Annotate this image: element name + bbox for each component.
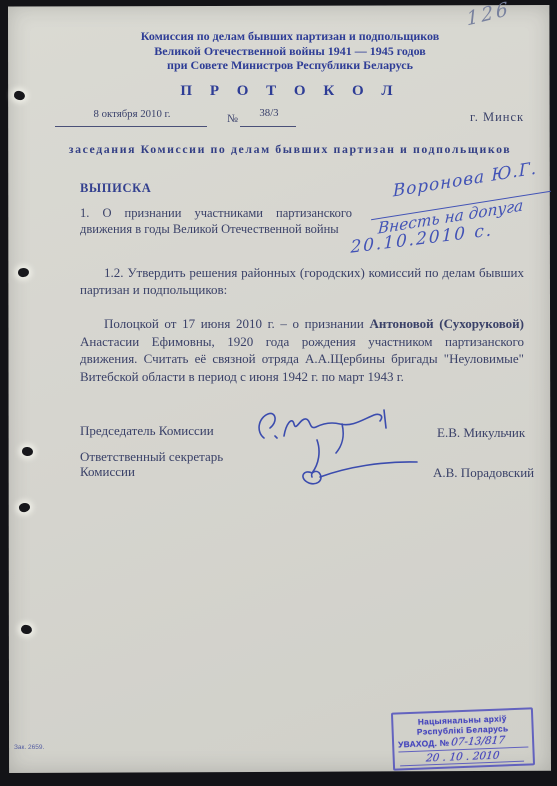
resolution-item-1-2: 1.2. Утвердить решения районных (городск…: [80, 264, 524, 298]
stamp-entry-label: УВАХОД. №: [398, 738, 450, 750]
chairman-title: Председатель Комиссии: [80, 423, 214, 439]
chairman-name: Е.В. Микульчик: [437, 425, 525, 441]
letterhead-line-1: Комиссия по делам бывших партизан и подп…: [60, 29, 520, 44]
date-underline: [55, 126, 207, 127]
extract-label: ВЫПИСКА: [80, 181, 151, 196]
document-type-title: П Р О Т О К О Л: [60, 83, 520, 100]
decision-person-name: Антоновой (Сухоруковой): [369, 316, 524, 331]
archive-stamp: Нацыянальны архіў Рэспублікі Беларусь УВ…: [391, 707, 535, 770]
document-city: г. Минск: [470, 110, 524, 125]
document-date: 8 октября 2010 г.: [57, 108, 207, 120]
document-number: 38/3: [240, 107, 298, 119]
letterhead-line-3: при Совете Министров Республики Беларусь: [60, 58, 520, 73]
secretary-name: А.В. Порадовский: [433, 465, 534, 481]
decision-lead: Полоцкой от 17 июня 2010 г. – о признани…: [104, 316, 369, 331]
scanned-document: 126 Комиссия по делам бывших партизан и …: [0, 0, 557, 786]
number-underline: [240, 126, 296, 127]
secretary-title-line-1: Ответственный секретарь: [80, 449, 223, 465]
stamp-entry-number-handwritten: 07-13/817: [451, 734, 506, 748]
agenda-item-1: 1. О признании участниками партизанского…: [80, 206, 352, 237]
letterhead: Комиссия по делам бывших партизан и подп…: [60, 29, 520, 73]
secretary-signature: [285, 436, 425, 490]
letterhead-line-2: Великой Отечественной войны 1941 — 1945 …: [60, 44, 520, 59]
document-subject: заседания Комиссии по делам бывших парти…: [40, 142, 540, 157]
decision-rest: Анастасии Ефимовны, 1920 года рождения у…: [80, 334, 524, 384]
decision-paragraph: Полоцкой от 17 июня 2010 г. – о признани…: [80, 315, 524, 385]
secretary-title-line-2: Комиссии: [80, 464, 135, 480]
number-sign: №: [227, 113, 238, 125]
print-order-note: Зак. 2659.: [14, 744, 44, 751]
